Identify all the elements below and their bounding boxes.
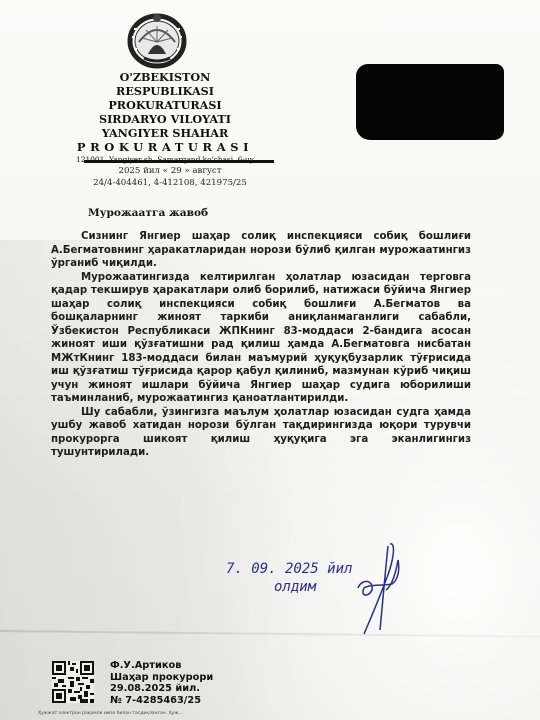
body-paragraph-2: Мурожаатингизда келтирилган ҳолатлар юза… xyxy=(51,271,471,406)
letterhead-line-city: YANGIYER SHAHAR xyxy=(70,126,260,140)
signer-block: Ф.У.Артиков Шаҳар прокурори 29.08.2025 й… xyxy=(110,660,213,706)
handwritten-signature-icon xyxy=(356,540,416,640)
body-paragraph-3: Шу сабабли, ўзингизга маълум ҳолатлар юз… xyxy=(51,406,471,460)
letterhead-line-prosecutor: PROKURATURASI xyxy=(70,98,260,112)
letterhead-line-office: PROKURATURASI xyxy=(70,140,260,154)
handwritten-receipt-note: 7. 09. 2025 йил олдим xyxy=(226,560,352,596)
handwritten-date: 7. 09. 2025 йил xyxy=(226,560,352,578)
uzbekistan-state-emblem-icon xyxy=(124,8,190,70)
letterhead-line-country: O'ZBEKISTON RESPUBLIKASI xyxy=(70,70,260,98)
signer-position: Шаҳар прокурори xyxy=(110,672,213,684)
body-paragraph-1: Сизнинг Янгиер шаҳар солиқ инспекцияси с… xyxy=(51,230,471,271)
document-number: № 7-4285463/25 xyxy=(110,695,213,707)
letter-body: Сизнинг Янгиер шаҳар солиқ инспекцияси с… xyxy=(51,230,471,460)
letterhead-divider xyxy=(84,160,274,163)
document-date: 2025 йил « 29 » август xyxy=(70,166,270,178)
document-date-block: 2025 йил « 29 » август 24/4-404461, 4-41… xyxy=(70,166,270,189)
e-signature-footer-note: Ҳужжат электрон рақамли имзо билан тасди… xyxy=(38,711,183,716)
letterhead: O'ZBEKISTON RESPUBLIKASI PROKURATURASI S… xyxy=(70,70,260,165)
letter-subject: Мурожаатга жавоб xyxy=(88,207,208,219)
signer-name: Ф.У.Артиков xyxy=(110,660,213,672)
qr-code-icon xyxy=(52,661,94,703)
letterhead-line-region: SIRDARYO VILOYATI xyxy=(70,112,260,126)
redacted-recipient-block xyxy=(356,64,504,140)
reference-numbers: 24/4-404461, 4-412108, 421975/25 xyxy=(70,178,270,190)
signer-date: 29.08.2025 йил. xyxy=(110,683,213,695)
handwritten-received: олдим xyxy=(226,578,352,596)
